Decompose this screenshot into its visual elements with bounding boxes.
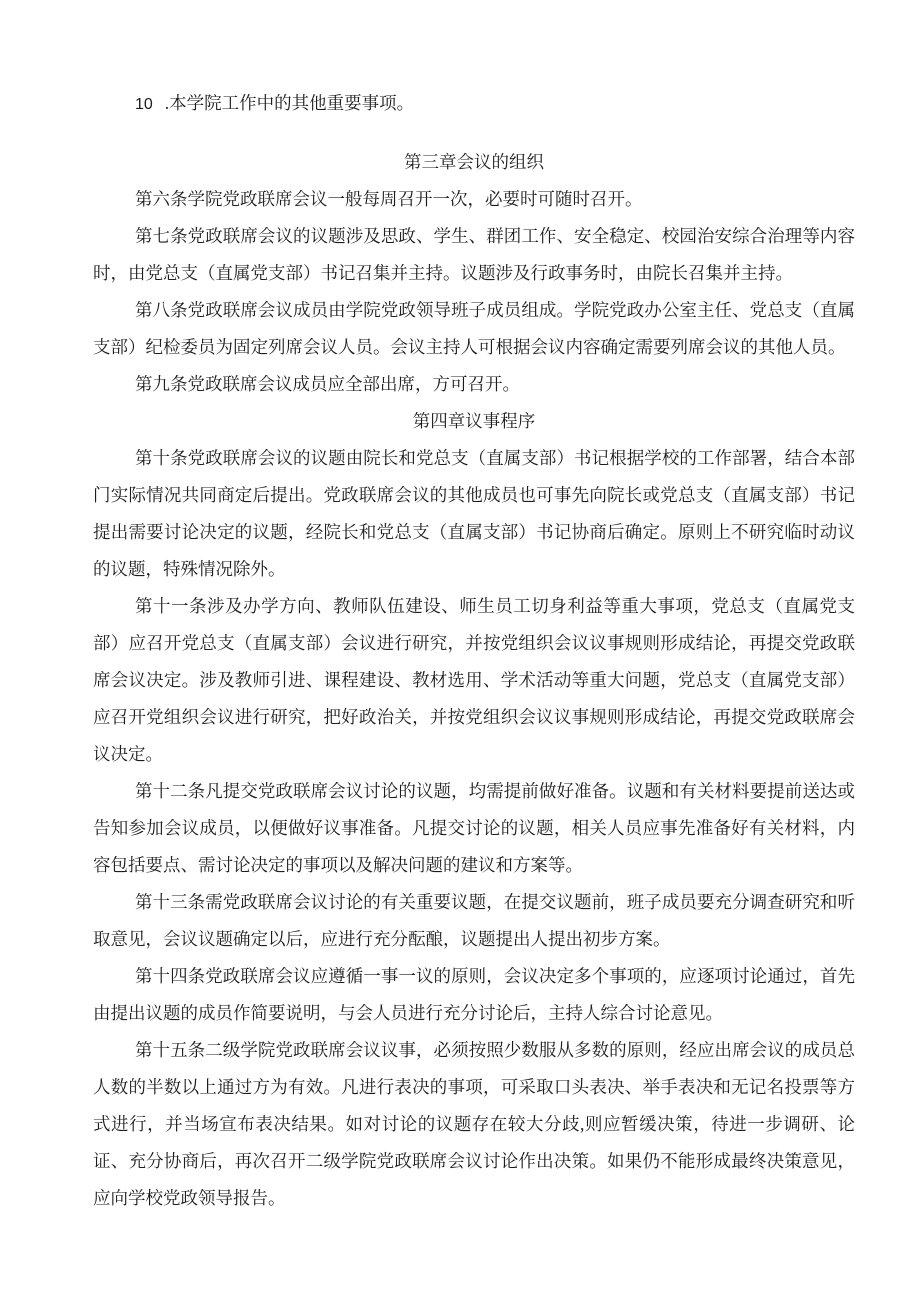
article-13-para: 第十三条需党政联席会议讨论的有关重要议题，在提交议题前，班子成员要充分调查研究和…: [93, 884, 855, 958]
article-9-para: 第九条党政联席会议成员应全部出席，方可召开。: [93, 366, 855, 403]
chapter-3-title: 第三章会议的组织: [93, 144, 855, 181]
chapter-4-title: 第四章议事程序: [93, 403, 855, 440]
list-item-text: .本学院工作中的其他重要事项。: [165, 93, 414, 113]
article-6-para: 第六条学院党政联席会议一般每周召开一次，必要时可随时召开。: [93, 181, 855, 218]
article-15-para: 第十五条二级学院党政联席会议议事，必须按照少数服从多数的原则，经应出席会议的成员…: [93, 1032, 855, 1217]
document-page: 10.本学院工作中的其他重要事项。 第三章会议的组织 第六条学院党政联席会议一般…: [0, 0, 920, 1301]
list-item-number: 10: [135, 96, 153, 113]
article-12-para: 第十二条凡提交党政联席会议讨论的议题，均需提前做好准备。议题和有关材料要提前送达…: [93, 773, 855, 884]
article-11-para: 第十一条涉及办学方向、教师队伍建设、师生员工切身利益等重大事项，党总支（直属党支…: [93, 588, 855, 773]
article-10-para: 第十条党政联席会议的议题由院长和党总支（直属支部）书记根据学校的工作部署，结合本…: [93, 440, 855, 588]
article-7-para: 第七条党政联席会议的议题涉及思政、学生、群团工作、安全稳定、校园治安综合治理等内…: [93, 218, 855, 292]
article-14-para: 第十四条党政联席会议应遵循一事一议的原则，会议决定多个事项的，应逐项讨论通过，首…: [93, 958, 855, 1032]
article-8-para: 第八条党政联席会议成员由学院党政领导班子成员组成。学院党政办公室主任、党总支（直…: [93, 292, 855, 366]
continued-list-item: 10.本学院工作中的其他重要事项。: [93, 85, 855, 123]
